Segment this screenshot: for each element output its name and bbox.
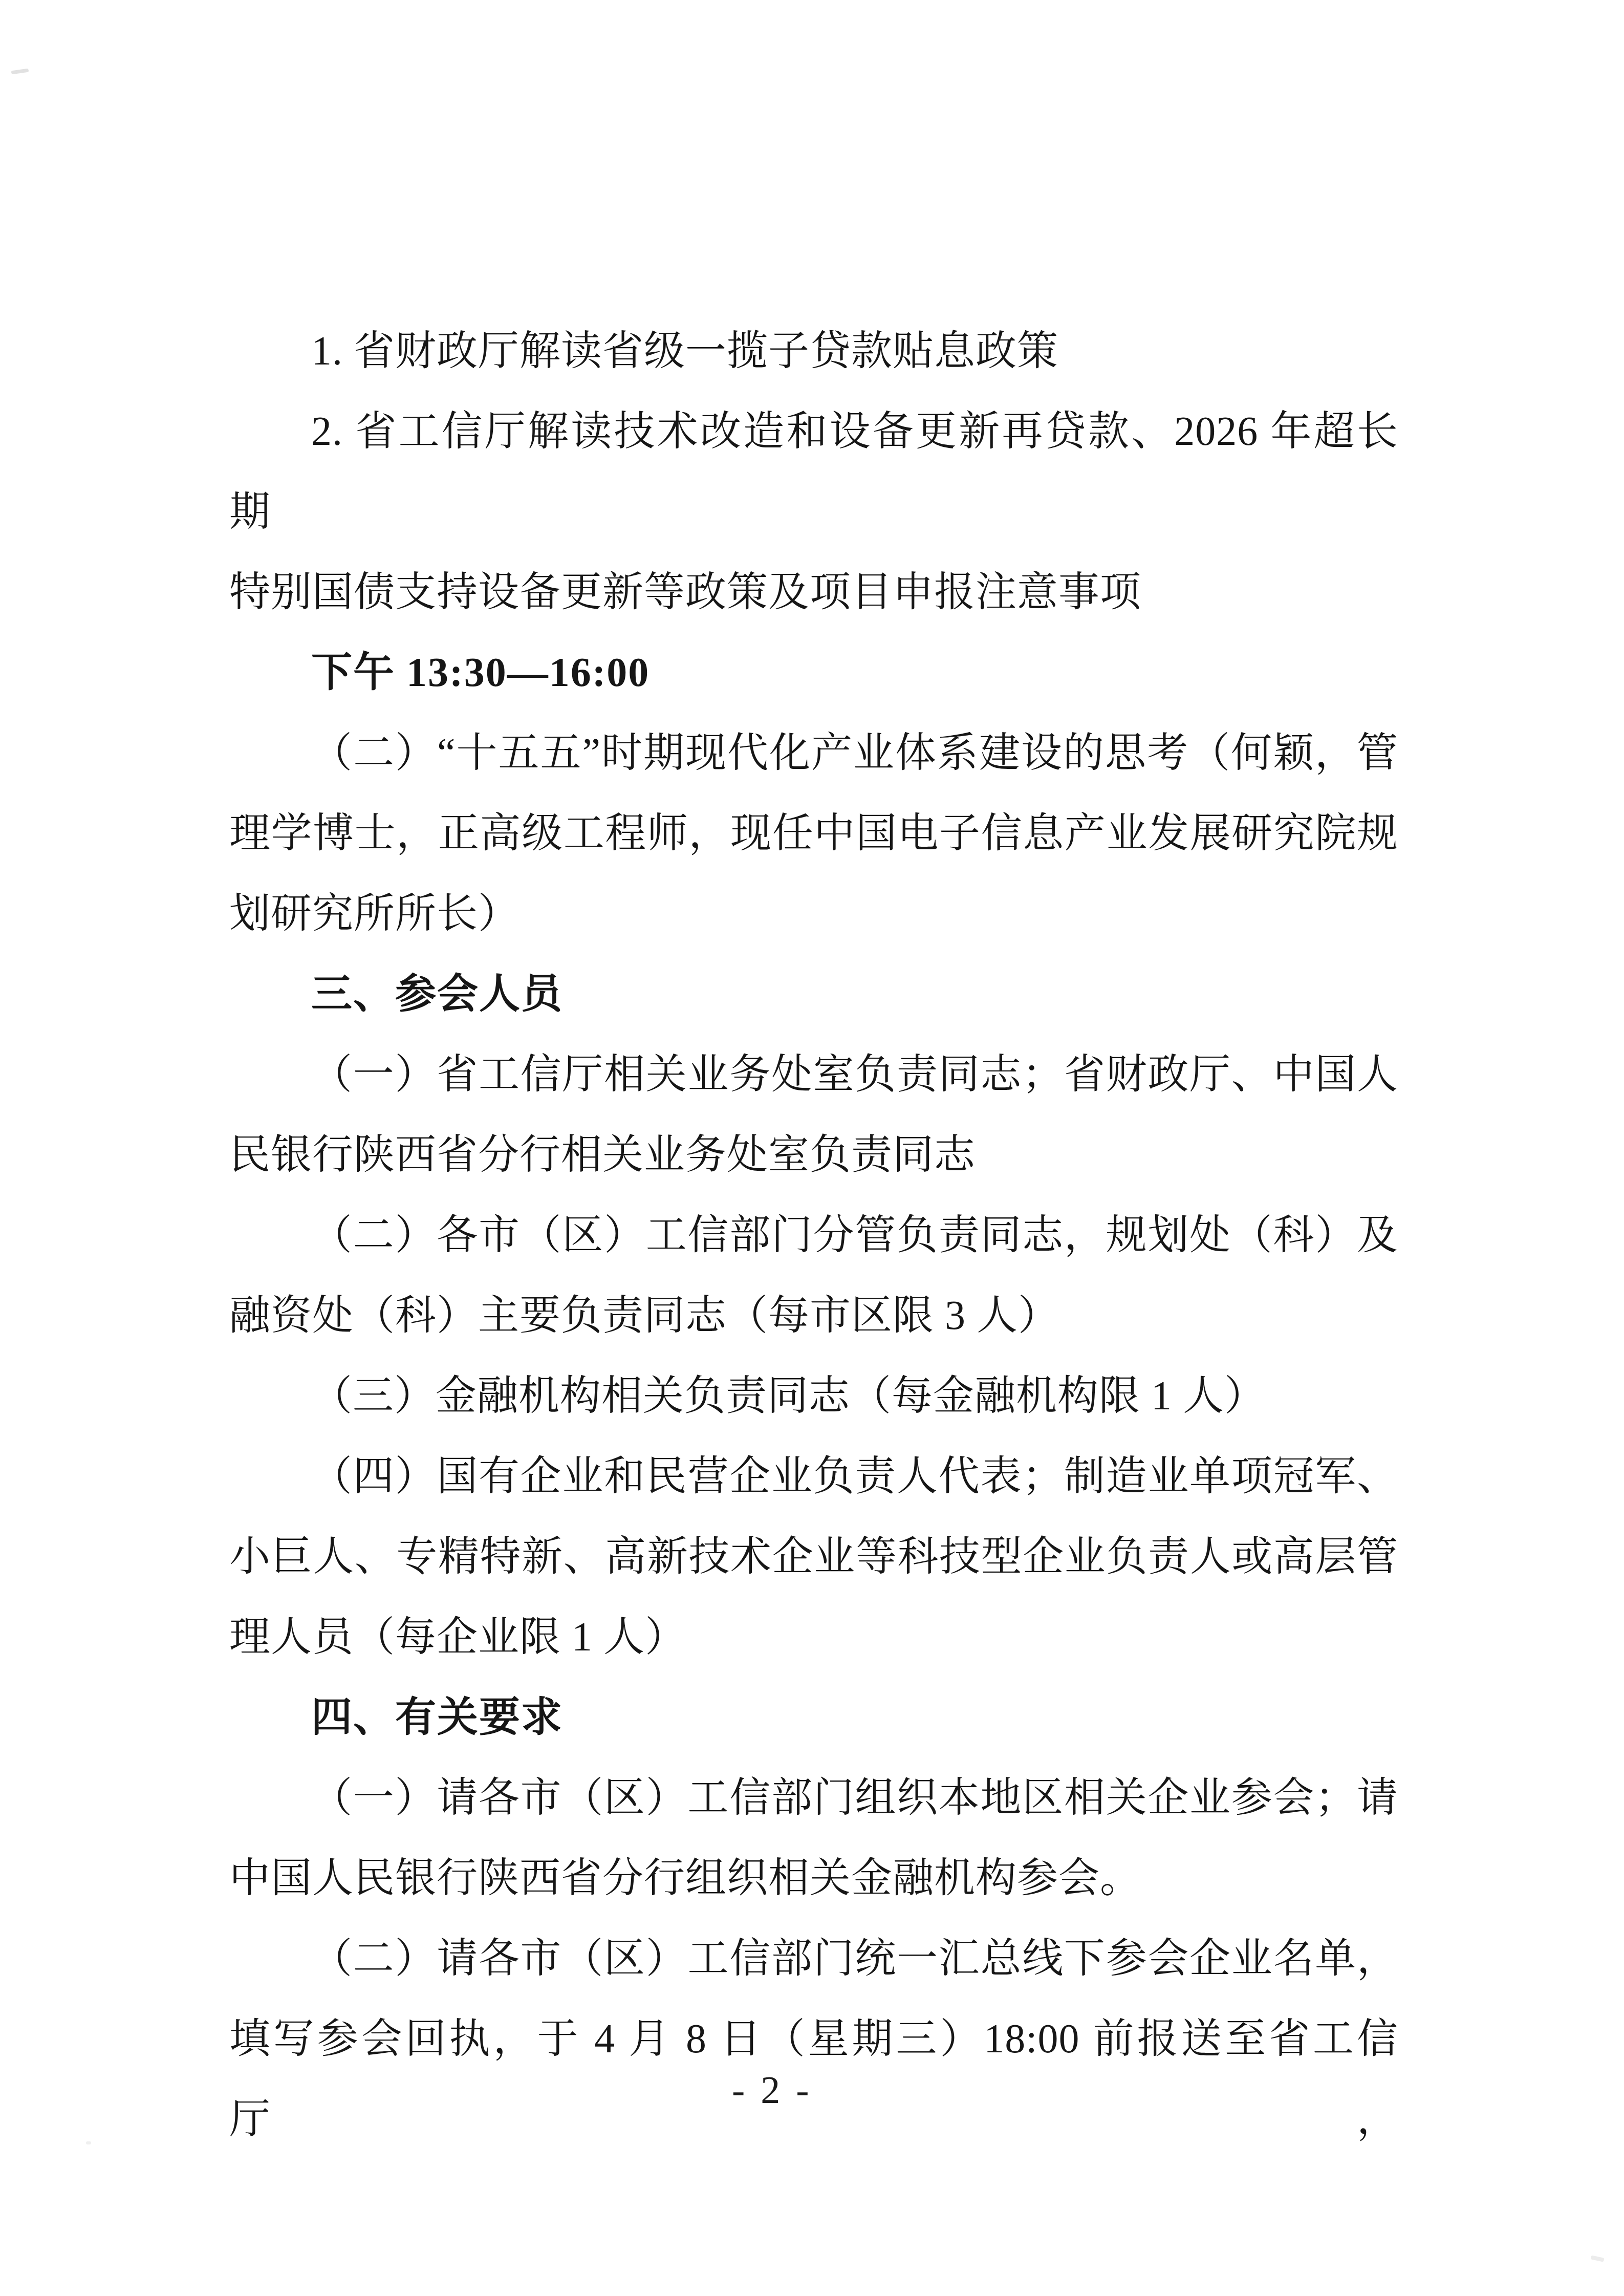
attendees-item-3: （三）金融机构相关负责同志（每金融机构限 1 人）	[229, 1356, 1398, 1436]
requirements-item-1-line-2: 中国人民银行陕西省分行组织相关金融机构参会。	[229, 1838, 1398, 1919]
attendees-item-2-line-1: （二）各市（区）工信部门分管负责同志，规划处（科）及	[229, 1195, 1398, 1276]
scan-artifact-top-left	[11, 69, 29, 75]
attendees-item-1-line-1: （一）省工信厅相关业务处室负责同志；省财政厅、中国人	[229, 1035, 1398, 1115]
attendees-item-4-line-1: （四）国有企业和民营企业负责人代表；制造业单项冠军、	[229, 1436, 1398, 1517]
afternoon-topic-line-3: 划研究所所长）	[229, 874, 1398, 954]
attendees-item-4-line-3: 理人员（每企业限 1 人）	[229, 1597, 1398, 1678]
agenda-item-2-line-1: 2. 省工信厅解读技术改造和设备更新再贷款、2026 年超长期	[229, 392, 1398, 552]
page-number: - 2 -	[732, 2068, 812, 2113]
agenda-item-2-line-2: 特别国债支持设备更新等政策及项目申报注意事项	[229, 552, 1398, 633]
document-body-text: 1. 省财政厅解读省级一揽子贷款贴息政策 2. 省工信厅解读技术改造和设备更新再…	[229, 311, 1398, 2160]
section-heading-requirements: 四、有关要求	[229, 1678, 1398, 1758]
scan-artifact-bottom-right	[1590, 2255, 1604, 2262]
section-heading-attendees: 三、参会人员	[229, 954, 1398, 1035]
afternoon-session-time-heading: 下午 13:30—16:00	[229, 633, 1398, 713]
attendees-item-1-line-2: 民银行陕西省分行相关业务处室负责同志	[229, 1115, 1398, 1195]
afternoon-topic-line-1: （二）“十五五”时期现代化产业体系建设的思考（何颖，管	[229, 713, 1398, 793]
agenda-item-1: 1. 省财政厅解读省级一揽子贷款贴息政策	[229, 311, 1398, 392]
attendees-item-2-line-2: 融资处（科）主要负责同志（每市区限 3 人）	[229, 1276, 1398, 1356]
attendees-item-4-line-2: 小巨人、专精特新、高新技术企业等科技型企业负责人或高层管	[229, 1517, 1398, 1597]
scanned-document-page: 1. 省财政厅解读省级一揽子贷款贴息政策 2. 省工信厅解读技术改造和设备更新再…	[0, 0, 1624, 2296]
scan-artifact-bottom-left	[86, 2141, 91, 2144]
requirements-item-1-line-1: （一）请各市（区）工信部门组织本地区相关企业参会；请	[229, 1758, 1398, 1838]
afternoon-topic-line-2: 理学博士，正高级工程师，现任中国电子信息产业发展研究院规	[229, 793, 1398, 874]
requirements-item-2-line-2: 填写参会回执，于 4 月 8 日（星期三）18:00 前报送至省工信厅，	[229, 1999, 1398, 2160]
requirements-item-2-line-1: （二）请各市（区）工信部门统一汇总线下参会企业名单，	[229, 1919, 1398, 1999]
